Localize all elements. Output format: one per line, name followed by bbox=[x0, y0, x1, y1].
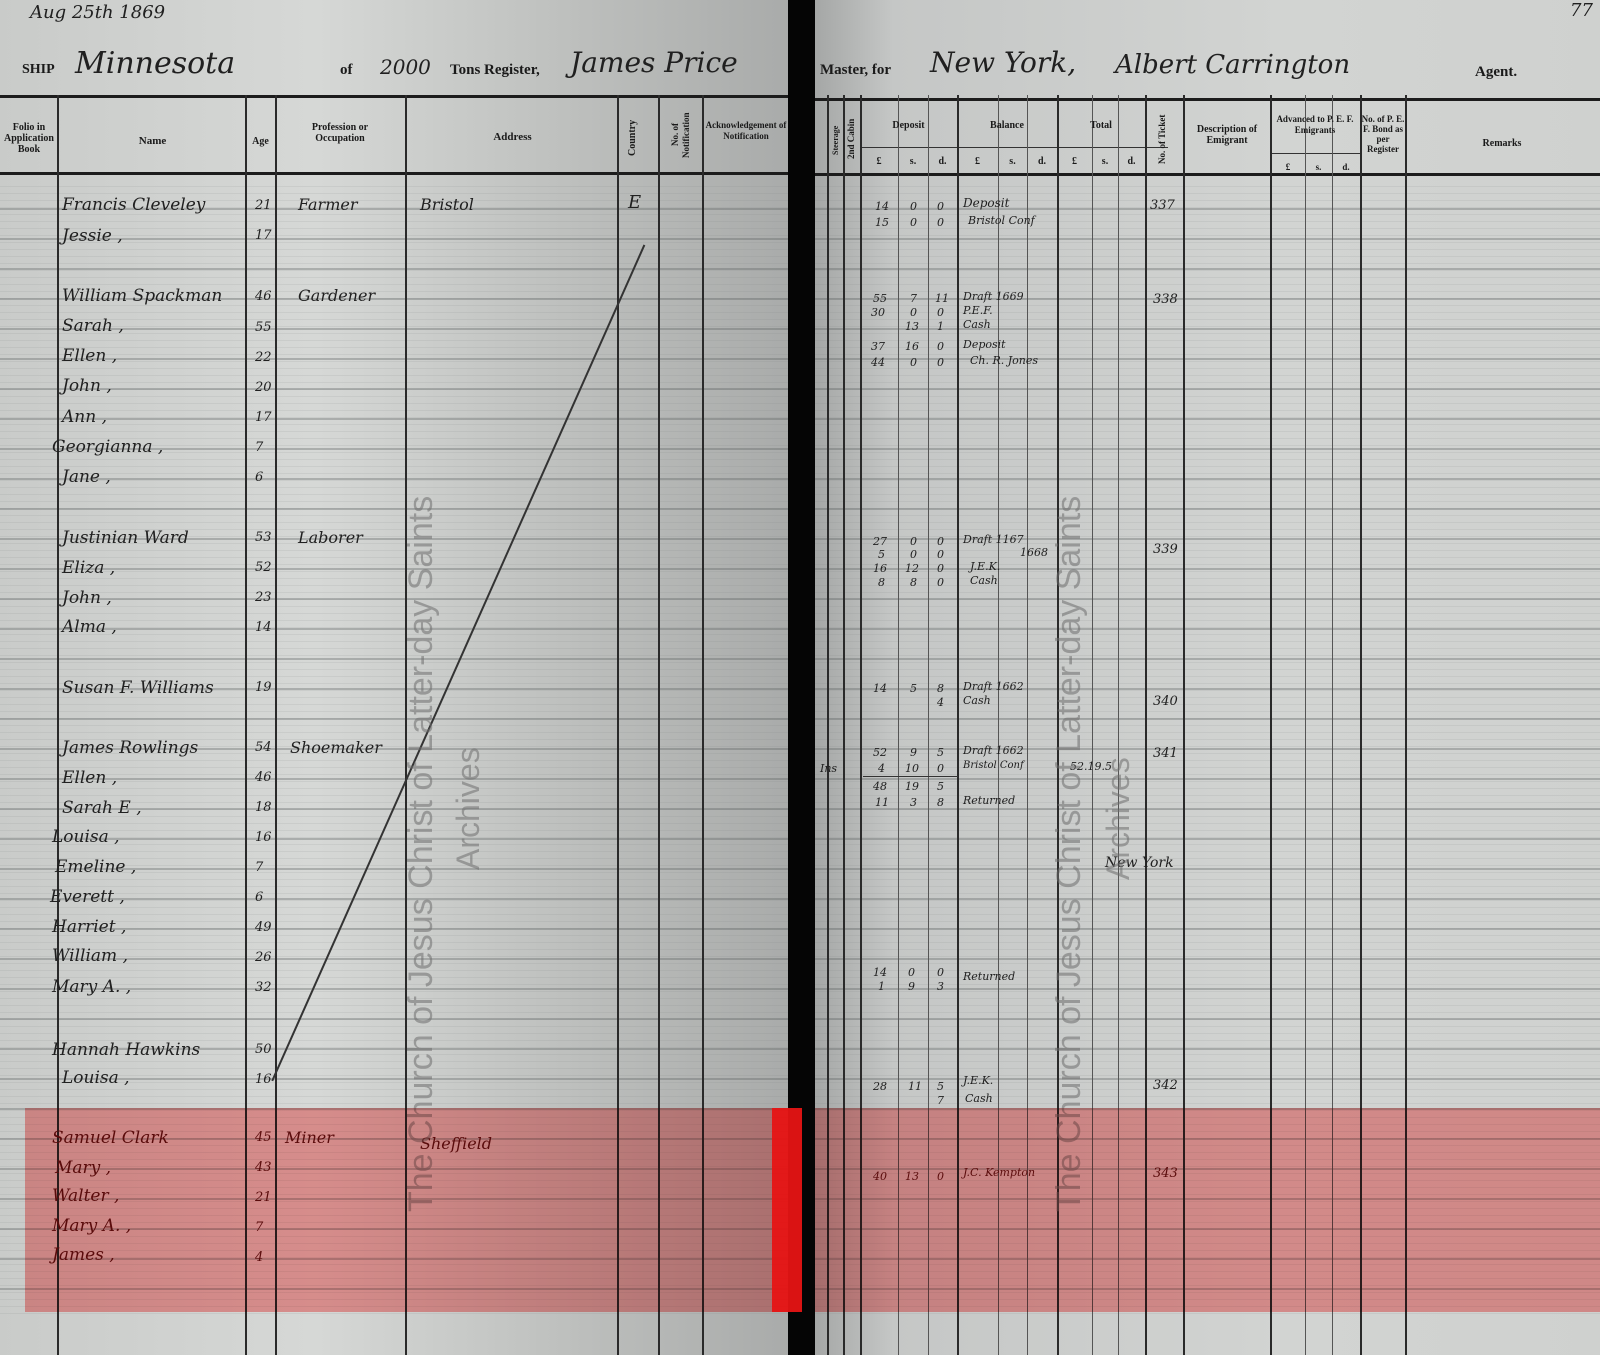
amount-shillings: 9 bbox=[908, 980, 915, 993]
passenger-age: 26 bbox=[255, 950, 272, 965]
header-second-cabin: 2nd Cabin bbox=[846, 108, 857, 170]
payment-note: Ch. R. Jones bbox=[970, 354, 1038, 367]
amount-shillings: 0 bbox=[910, 356, 917, 369]
passenger-name: Sarah E , bbox=[62, 798, 142, 818]
side-annotation: Ins bbox=[820, 762, 837, 775]
spine-highlight bbox=[772, 1108, 802, 1312]
amount-pounds: 37 bbox=[871, 340, 885, 353]
passenger-name: Jessie , bbox=[62, 226, 123, 246]
payment-note: Deposit bbox=[963, 196, 1009, 210]
amount-pence: 0 bbox=[937, 966, 944, 979]
header-country: Country bbox=[627, 112, 638, 164]
amount-shillings: 9 bbox=[910, 746, 917, 759]
passenger-age: 52 bbox=[255, 560, 272, 575]
amount-pence: 11 bbox=[935, 292, 949, 305]
header-age: Age bbox=[246, 136, 275, 147]
passenger-name: Francis Cleveley bbox=[62, 195, 205, 215]
shilling-label: s. bbox=[1092, 156, 1118, 167]
amount-shillings: 0 bbox=[910, 548, 917, 561]
payment-note: Cash bbox=[965, 1092, 993, 1105]
passenger-age: 21 bbox=[255, 198, 272, 213]
amount-pounds: 4 bbox=[878, 762, 885, 775]
passenger-age: 54 bbox=[255, 740, 272, 755]
header-advanced: Advanced to P. E. F. Emigrants bbox=[1271, 114, 1359, 136]
amount-pence: 5 bbox=[937, 746, 944, 759]
header-bottom-rule bbox=[815, 173, 1600, 176]
amount-pounds: 14 bbox=[875, 200, 889, 213]
payment-note: Draft 1669 bbox=[963, 290, 1024, 303]
passenger-occupation: Laborer bbox=[298, 528, 363, 547]
header-name: Name bbox=[60, 136, 245, 147]
amount-pence: 0 bbox=[937, 535, 944, 548]
passenger-age: 46 bbox=[255, 770, 272, 785]
amount-pounds: 16 bbox=[873, 562, 887, 575]
amount-pounds: 52 bbox=[873, 746, 887, 759]
amount-shillings: 3 bbox=[910, 796, 917, 809]
amount-pounds: 15 bbox=[875, 216, 889, 229]
passenger-name: Eliza , bbox=[62, 558, 115, 578]
shilling-label: s. bbox=[898, 156, 928, 167]
passenger-age: 20 bbox=[255, 380, 272, 395]
amount-shillings: 11 bbox=[908, 1080, 922, 1093]
passenger-age: 16 bbox=[255, 1072, 272, 1087]
header-notification-no: No. of Notification bbox=[670, 102, 692, 168]
highlighted-rows bbox=[815, 1108, 1600, 1312]
passenger-age: 17 bbox=[255, 410, 272, 425]
currency-subheader-rule bbox=[1270, 153, 1360, 154]
header-top-rule bbox=[815, 98, 1600, 101]
payment-note: Bristol Conf bbox=[968, 214, 1035, 227]
passenger-name: Ellen , bbox=[62, 768, 117, 788]
ticket-number: 342 bbox=[1153, 1078, 1178, 1093]
amount-pence: 0 bbox=[937, 200, 944, 213]
payment-note: Draft 1662 bbox=[963, 744, 1024, 757]
watermark-line2: Archives bbox=[1100, 757, 1137, 880]
passenger-occupation: Farmer bbox=[298, 195, 358, 214]
amount-pence: 0 bbox=[937, 216, 944, 229]
header-bottom-rule bbox=[0, 172, 790, 175]
passenger-name: Hannah Hawkins bbox=[52, 1040, 200, 1060]
ticket-number: 340 bbox=[1153, 694, 1178, 709]
tonnage: 2000 bbox=[380, 55, 431, 79]
passenger-age: 6 bbox=[255, 890, 263, 905]
header-folio: Folio in Application Book bbox=[2, 122, 56, 155]
amount-pounds: 30 bbox=[871, 306, 885, 319]
amount-shillings: 10 bbox=[905, 762, 919, 775]
ticket-number: 339 bbox=[1153, 542, 1178, 557]
passenger-occupation: Shoemaker bbox=[290, 738, 382, 757]
passenger-age: 46 bbox=[255, 289, 272, 304]
ticket-number: 337 bbox=[1150, 198, 1175, 213]
amount-pounds: 1 bbox=[878, 980, 885, 993]
amount-pence: 0 bbox=[937, 548, 944, 561]
amount-pence: 0 bbox=[937, 562, 944, 575]
passenger-age: 50 bbox=[255, 1042, 272, 1057]
passenger-age: 7 bbox=[255, 860, 263, 875]
passenger-age: 53 bbox=[255, 530, 272, 545]
pound-label: £ bbox=[1057, 156, 1092, 167]
ticket-number: 338 bbox=[1153, 292, 1178, 307]
amount-pounds: 55 bbox=[873, 292, 887, 305]
passenger-age: 7 bbox=[255, 440, 263, 455]
payment-note: Draft 1167 bbox=[963, 533, 1024, 546]
amount-pounds: 48 bbox=[873, 780, 887, 793]
passenger-name: Emeline , bbox=[55, 857, 136, 877]
currency-subheader-rule bbox=[860, 147, 1168, 148]
passenger-age: 18 bbox=[255, 800, 272, 815]
payment-note: Deposit bbox=[963, 338, 1006, 351]
amount-shillings: 0 bbox=[910, 306, 917, 319]
header-address: Address bbox=[410, 132, 615, 143]
header-remarks: Remarks bbox=[1407, 138, 1597, 149]
passenger-name: James Rowlings bbox=[62, 738, 198, 758]
amount-shillings: 7 bbox=[910, 292, 917, 305]
amount-pence: 1 bbox=[937, 320, 944, 333]
passenger-age: 23 bbox=[255, 590, 272, 605]
passenger-name: John , bbox=[62, 588, 112, 608]
passenger-name: Sarah , bbox=[62, 316, 124, 336]
amount-shillings: 8 bbox=[910, 576, 917, 589]
payment-note: Cash bbox=[970, 574, 998, 587]
amount-pence: 8 bbox=[937, 682, 944, 695]
payment-note: Cash bbox=[963, 318, 991, 331]
header-profession: Profession or Occupation bbox=[290, 122, 390, 144]
header-total: Total bbox=[1057, 120, 1145, 131]
payment-note: J.E.K. bbox=[970, 560, 1000, 573]
amount-pence: 7 bbox=[937, 1094, 944, 1107]
passenger-name: Georgianna , bbox=[52, 437, 163, 457]
passenger-name: Everett , bbox=[50, 887, 125, 907]
header-ticket-no: No. of Ticket bbox=[1157, 108, 1168, 170]
passenger-occupation: Gardener bbox=[298, 286, 375, 305]
agent-label: Agent. bbox=[1475, 64, 1517, 81]
amount-pence: 0 bbox=[937, 762, 944, 775]
header-top-rule bbox=[0, 95, 790, 98]
amount-shillings: 0 bbox=[910, 200, 917, 213]
amount-pence: 3 bbox=[937, 980, 944, 993]
left-ledger-page: Aug 25th 1869 SHIP Minnesota of 2000 Ton… bbox=[0, 0, 790, 1355]
passenger-name: John , bbox=[62, 376, 112, 396]
pence-label: d. bbox=[1118, 156, 1145, 167]
passenger-name: Ann , bbox=[62, 407, 107, 427]
passenger-name: Harriet , bbox=[52, 917, 126, 937]
amount-pence: 0 bbox=[937, 576, 944, 589]
amount-pounds: 14 bbox=[873, 966, 887, 979]
amount-pounds: 14 bbox=[873, 682, 887, 695]
payment-note: Returned bbox=[963, 794, 1015, 807]
master-name: James Price bbox=[570, 46, 738, 79]
header-steerage: Steerage bbox=[830, 110, 841, 170]
passenger-age: 22 bbox=[255, 350, 272, 365]
passenger-address: Bristol bbox=[420, 195, 474, 214]
amount-shillings: 0 bbox=[908, 966, 915, 979]
header-deposit: Deposit bbox=[860, 120, 957, 131]
of-label: of bbox=[340, 62, 353, 79]
header-balance: Balance bbox=[957, 120, 1057, 131]
amount-pence: 5 bbox=[937, 780, 944, 793]
amount-shillings: 13 bbox=[905, 320, 919, 333]
passenger-age: 55 bbox=[255, 320, 272, 335]
passenger-country: E bbox=[628, 192, 641, 213]
amount-pence: 5 bbox=[937, 1080, 944, 1093]
passenger-age: 6 bbox=[255, 470, 263, 485]
watermark-line1: The Church of Jesus Christ of Latter-day… bbox=[1050, 496, 1089, 1212]
watermark-line2: Archives bbox=[450, 747, 487, 870]
passenger-name: Louisa , bbox=[62, 1068, 130, 1088]
shilling-label: s. bbox=[1305, 162, 1332, 173]
passenger-age: 14 bbox=[255, 620, 272, 635]
pence-label: d. bbox=[1332, 162, 1360, 173]
passenger-name: William , bbox=[52, 946, 128, 966]
payment-note: J.E.K. bbox=[963, 1074, 993, 1087]
amount-shillings: 19 bbox=[905, 780, 919, 793]
amount-pence: 0 bbox=[937, 340, 944, 353]
amount-pence: 0 bbox=[937, 356, 944, 369]
passenger-age: 32 bbox=[255, 980, 272, 995]
amount-pence: 8 bbox=[937, 796, 944, 809]
pound-label: £ bbox=[957, 156, 998, 167]
payment-note: Returned bbox=[963, 970, 1015, 983]
passenger-name: Ellen , bbox=[62, 346, 117, 366]
passenger-name: Louisa , bbox=[52, 827, 120, 847]
destination: New York, bbox=[930, 46, 1076, 79]
passenger-name: Jane , bbox=[62, 467, 111, 487]
payment-note: Bristol Conf bbox=[963, 760, 1024, 771]
payment-note: 1668 bbox=[1020, 546, 1048, 559]
ship-label: SHIP bbox=[22, 62, 55, 78]
payment-note: P.E.F. bbox=[963, 304, 993, 317]
header-acknowledgement: Acknowledgement of Notification bbox=[704, 120, 788, 142]
amount-pence: 0 bbox=[937, 306, 944, 319]
pence-label: d. bbox=[928, 156, 957, 167]
payment-note: Draft 1662 bbox=[963, 680, 1024, 693]
amount-pounds: 8 bbox=[878, 576, 885, 589]
passenger-name: Mary A. , bbox=[52, 977, 131, 997]
amount-shillings: 5 bbox=[910, 682, 917, 695]
amount-pounds: 11 bbox=[875, 796, 889, 809]
agent-name: Albert Carrington bbox=[1115, 50, 1350, 80]
header-description: Description of Emigrant bbox=[1185, 124, 1269, 146]
payment-note: Cash bbox=[963, 694, 991, 707]
amount-pounds: 5 bbox=[878, 548, 885, 561]
watermark-line1: The Church of Jesus Christ of Latter-day… bbox=[402, 496, 441, 1212]
right-ledger-page: Master, for New York, Albert Carrington … bbox=[815, 0, 1600, 1355]
passenger-name: Justinian Ward bbox=[62, 528, 189, 548]
master-for-label: Master, for bbox=[820, 62, 891, 79]
amount-shillings: 0 bbox=[910, 535, 917, 548]
ticket-number: 341 bbox=[1153, 746, 1178, 761]
amount-pounds: 44 bbox=[871, 356, 885, 369]
page-number: 77 bbox=[1570, 0, 1593, 21]
passenger-age: 49 bbox=[255, 920, 272, 935]
highlighted-rows bbox=[25, 1108, 790, 1312]
sum-rule bbox=[863, 776, 958, 777]
pound-label: £ bbox=[1271, 162, 1305, 173]
passenger-age: 16 bbox=[255, 830, 272, 845]
shilling-label: s. bbox=[998, 156, 1027, 167]
passenger-name: Susan F. Williams bbox=[62, 678, 214, 698]
passenger-name: William Spackman bbox=[62, 286, 222, 306]
ship-name: Minnesota bbox=[75, 46, 235, 81]
amount-shillings: 16 bbox=[905, 340, 919, 353]
amount-shillings: 12 bbox=[905, 562, 919, 575]
passenger-name: Alma , bbox=[62, 617, 117, 637]
header-pef-bond: No. of P. E. F. Bond as per Register bbox=[1361, 114, 1405, 154]
pence-label: d. bbox=[1027, 156, 1057, 167]
amount-pence: 4 bbox=[937, 696, 944, 709]
passenger-age: 17 bbox=[255, 228, 272, 243]
amount-pounds: 27 bbox=[873, 535, 887, 548]
tons-register-label: Tons Register, bbox=[450, 62, 540, 79]
pound-label: £ bbox=[860, 156, 898, 167]
date-note: Aug 25th 1869 bbox=[30, 2, 165, 23]
amount-shillings: 0 bbox=[910, 216, 917, 229]
amount-pounds: 28 bbox=[873, 1080, 887, 1093]
passenger-age: 19 bbox=[255, 680, 272, 695]
